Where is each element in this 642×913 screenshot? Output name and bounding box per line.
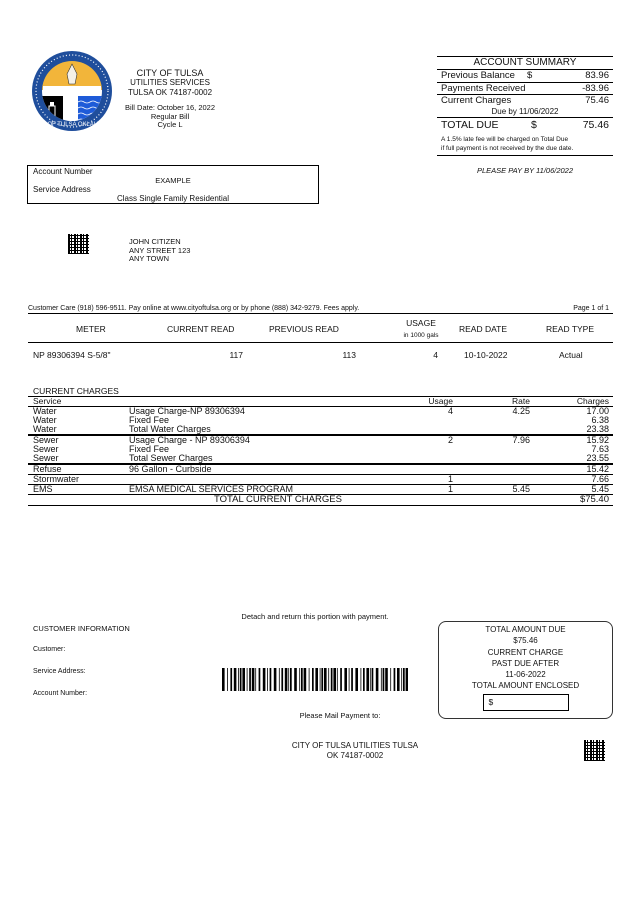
past-due-after-label: PAST DUE AFTER: [439, 658, 612, 669]
charge-row: SewerFixed Fee7.63: [28, 445, 613, 454]
col-usage: USAGE in 1000 gals: [401, 318, 441, 339]
summary-label: Previous Balance: [441, 70, 527, 82]
account-number-label: Account Number:: [33, 690, 87, 697]
summary-label: Payments Received: [441, 83, 527, 95]
col-previous-read: PREVIOUS READ: [269, 324, 339, 334]
col-read-type: READ TYPE: [546, 324, 594, 334]
city-seal-logo: CITY OF TULSA OKLAHOMA: [31, 50, 113, 132]
charge-charges: 7.66: [548, 475, 609, 484]
total-current-charges-row: TOTAL CURRENT CHARGES $75.40: [28, 495, 613, 506]
col-charges: Charges: [548, 397, 609, 406]
col-service: Service: [33, 397, 61, 406]
charge-description: 96 Gallon - Curbside: [129, 465, 212, 474]
usage-value: 4: [398, 350, 438, 360]
late-fee-note: A 1.5% late fee will be charged on Total…: [437, 132, 613, 156]
late-fee-note-line: A 1.5% late fee will be charged on Total…: [441, 135, 609, 144]
org-block: CITY OF TULSA UTILITIES SERVICES TULSA O…: [115, 68, 225, 98]
mail-payment-to: Please Mail Payment to:: [270, 711, 410, 720]
usage-label: USAGE: [406, 318, 436, 328]
charge-usage: 4: [398, 407, 453, 416]
usage-unit: in 1000 gals: [401, 332, 441, 339]
summary-row-previous-balance: Previous Balance $ 83.96: [437, 70, 613, 83]
remittance-box: TOTAL AMOUNT DUE $75.46 CURRENT CHARGE P…: [438, 621, 613, 719]
total-enclosed-label: TOTAL AMOUNT ENCLOSED: [439, 680, 612, 691]
org-dept: UTILITIES SERVICES: [115, 78, 225, 88]
charge-description: EMSA MEDICAL SERVICES PROGRAM: [129, 485, 293, 494]
summary-amount: 83.96: [557, 70, 609, 82]
current-charge-label: CURRENT CHARGE: [439, 647, 612, 658]
charge-row: WaterUsage Charge-NP 8930639444.2517.00: [28, 407, 613, 416]
seal-text: CITY OF TULSA OKLAHOMA: [32, 122, 112, 128]
col-usage: Usage: [398, 397, 453, 406]
service-address-label: Service Address: [33, 185, 91, 194]
account-summary-title: ACCOUNT SUMMARY: [437, 56, 613, 70]
charge-service: Refuse: [33, 465, 62, 474]
customer-care-text: Customer Care (918) 596-9511. Pay online…: [28, 305, 359, 312]
total-current-charges-amount: $75.40: [548, 495, 609, 505]
past-due-date: 11-06-2022: [439, 669, 612, 680]
qr-code-icon: [68, 234, 89, 254]
bill-info: Bill Date: October 16, 2022 Regular Bill…: [115, 104, 225, 130]
qr-code-icon: [584, 740, 605, 761]
read-type: Actual: [559, 350, 583, 360]
col-rate: Rate: [473, 397, 530, 406]
account-box: Account Number EXAMPLE Service Address C…: [27, 165, 319, 204]
bill-cycle: Cycle L: [115, 121, 225, 130]
total-due-amount: 75.46: [557, 118, 609, 132]
meter-table-header: METER CURRENT READ PREVIOUS READ USAGE i…: [28, 315, 613, 343]
current-read: 117: [178, 350, 243, 360]
account-number-label: Account Number: [33, 167, 93, 176]
charge-charges: 15.42: [548, 465, 609, 474]
total-due-currency: $: [531, 118, 557, 132]
charge-charges: 23.38: [548, 425, 609, 434]
meter-id: NP 89306394 S-5/8": [33, 350, 111, 360]
detach-note: Detach and return this portion with paym…: [200, 612, 430, 621]
summary-currency: $: [527, 70, 557, 82]
charge-rate: 5.45: [473, 485, 530, 494]
customer-town: ANY TOWN: [129, 255, 190, 264]
charge-rate: 4.25: [473, 407, 530, 416]
account-number-value: EXAMPLE: [28, 176, 318, 185]
charges-rows: WaterUsage Charge-NP 8930639444.2517.00W…: [28, 407, 613, 495]
page-number: Page 1 of 1: [573, 304, 609, 313]
customer-care-line: Customer Care (918) 596-9511. Pay online…: [28, 304, 613, 314]
summary-row-current-charges: Current Charges 75.46: [437, 95, 613, 107]
charge-charges: 5.45: [548, 485, 609, 494]
summary-due-by: Due by 11/06/2022: [437, 107, 613, 118]
amount-enclosed-field[interactable]: $: [483, 694, 569, 711]
payee-line-2: OK 74187-0002: [280, 751, 430, 761]
charge-row: Refuse96 Gallon - Curbside15.42: [28, 465, 613, 475]
late-fee-note-line: if full payment is not received by the d…: [441, 144, 609, 153]
charge-description: Total Water Charges: [129, 425, 211, 434]
account-summary: ACCOUNT SUMMARY Previous Balance $ 83.96…: [437, 56, 613, 156]
col-current-read: CURRENT READ: [167, 324, 234, 334]
charge-service: Water: [33, 425, 57, 434]
org-name: CITY OF TULSA: [115, 68, 225, 78]
col-meter: METER: [76, 324, 106, 334]
summary-total-due: TOTAL DUE $ 75.46: [437, 118, 613, 132]
charge-service: EMS: [33, 485, 53, 494]
charge-rate: 7.96: [473, 436, 530, 445]
charge-service: Sewer: [33, 454, 59, 463]
previous-read: 113: [288, 350, 356, 360]
charge-usage: 1: [398, 475, 453, 484]
charge-row: WaterFixed Fee6.38: [28, 416, 613, 425]
please-pay-by: PLEASE PAY BY 11/06/2022: [437, 166, 613, 175]
customer-info-title: CUSTOMER INFORMATION: [33, 624, 130, 633]
payee-line-1: CITY OF TULSA UTILITIES TULSA: [280, 741, 430, 751]
total-current-charges-label: TOTAL CURRENT CHARGES: [214, 495, 342, 505]
meter-table-row: NP 89306394 S-5/8" 117 113 4 10-10-2022 …: [28, 350, 613, 362]
charge-usage: 1: [398, 485, 453, 494]
col-read-date: READ DATE: [459, 324, 507, 334]
service-class: Class Single Family Residential: [28, 194, 318, 203]
charge-service: Stormwater: [33, 475, 79, 484]
summary-label: Current Charges: [441, 95, 527, 107]
charge-row: SewerTotal Sewer Charges23.55: [28, 454, 613, 465]
total-due-label: TOTAL DUE: [441, 118, 531, 132]
summary-row-payments-received: Payments Received -83.96: [437, 83, 613, 96]
service-address-label: Service Address:: [33, 668, 86, 675]
org-address: TULSA OK 74187-0002: [115, 88, 225, 98]
summary-amount: -83.96: [557, 83, 609, 95]
mailing-address: JOHN CITIZEN ANY STREET 123 ANY TOWN: [129, 238, 190, 264]
total-amount-due-label: TOTAL AMOUNT DUE: [439, 624, 612, 635]
current-charges-table: CURRENT CHARGES Service Usage Rate Charg…: [28, 386, 613, 506]
charge-row: SewerUsage Charge - NP 8930639427.9615.9…: [28, 436, 613, 445]
summary-currency: [527, 83, 557, 95]
charge-charges: 23.55: [548, 454, 609, 463]
total-amount-due: $75.46: [439, 635, 612, 646]
summary-amount: 75.46: [557, 95, 609, 107]
customer-label: Customer:: [33, 646, 65, 653]
charge-usage: 2: [398, 436, 453, 445]
read-date: 10-10-2022: [464, 350, 507, 360]
barcode: [222, 668, 408, 691]
summary-currency: [527, 95, 557, 107]
payee-address: CITY OF TULSA UTILITIES TULSA OK 74187-0…: [280, 741, 430, 761]
charge-description: Total Sewer Charges: [129, 454, 213, 463]
